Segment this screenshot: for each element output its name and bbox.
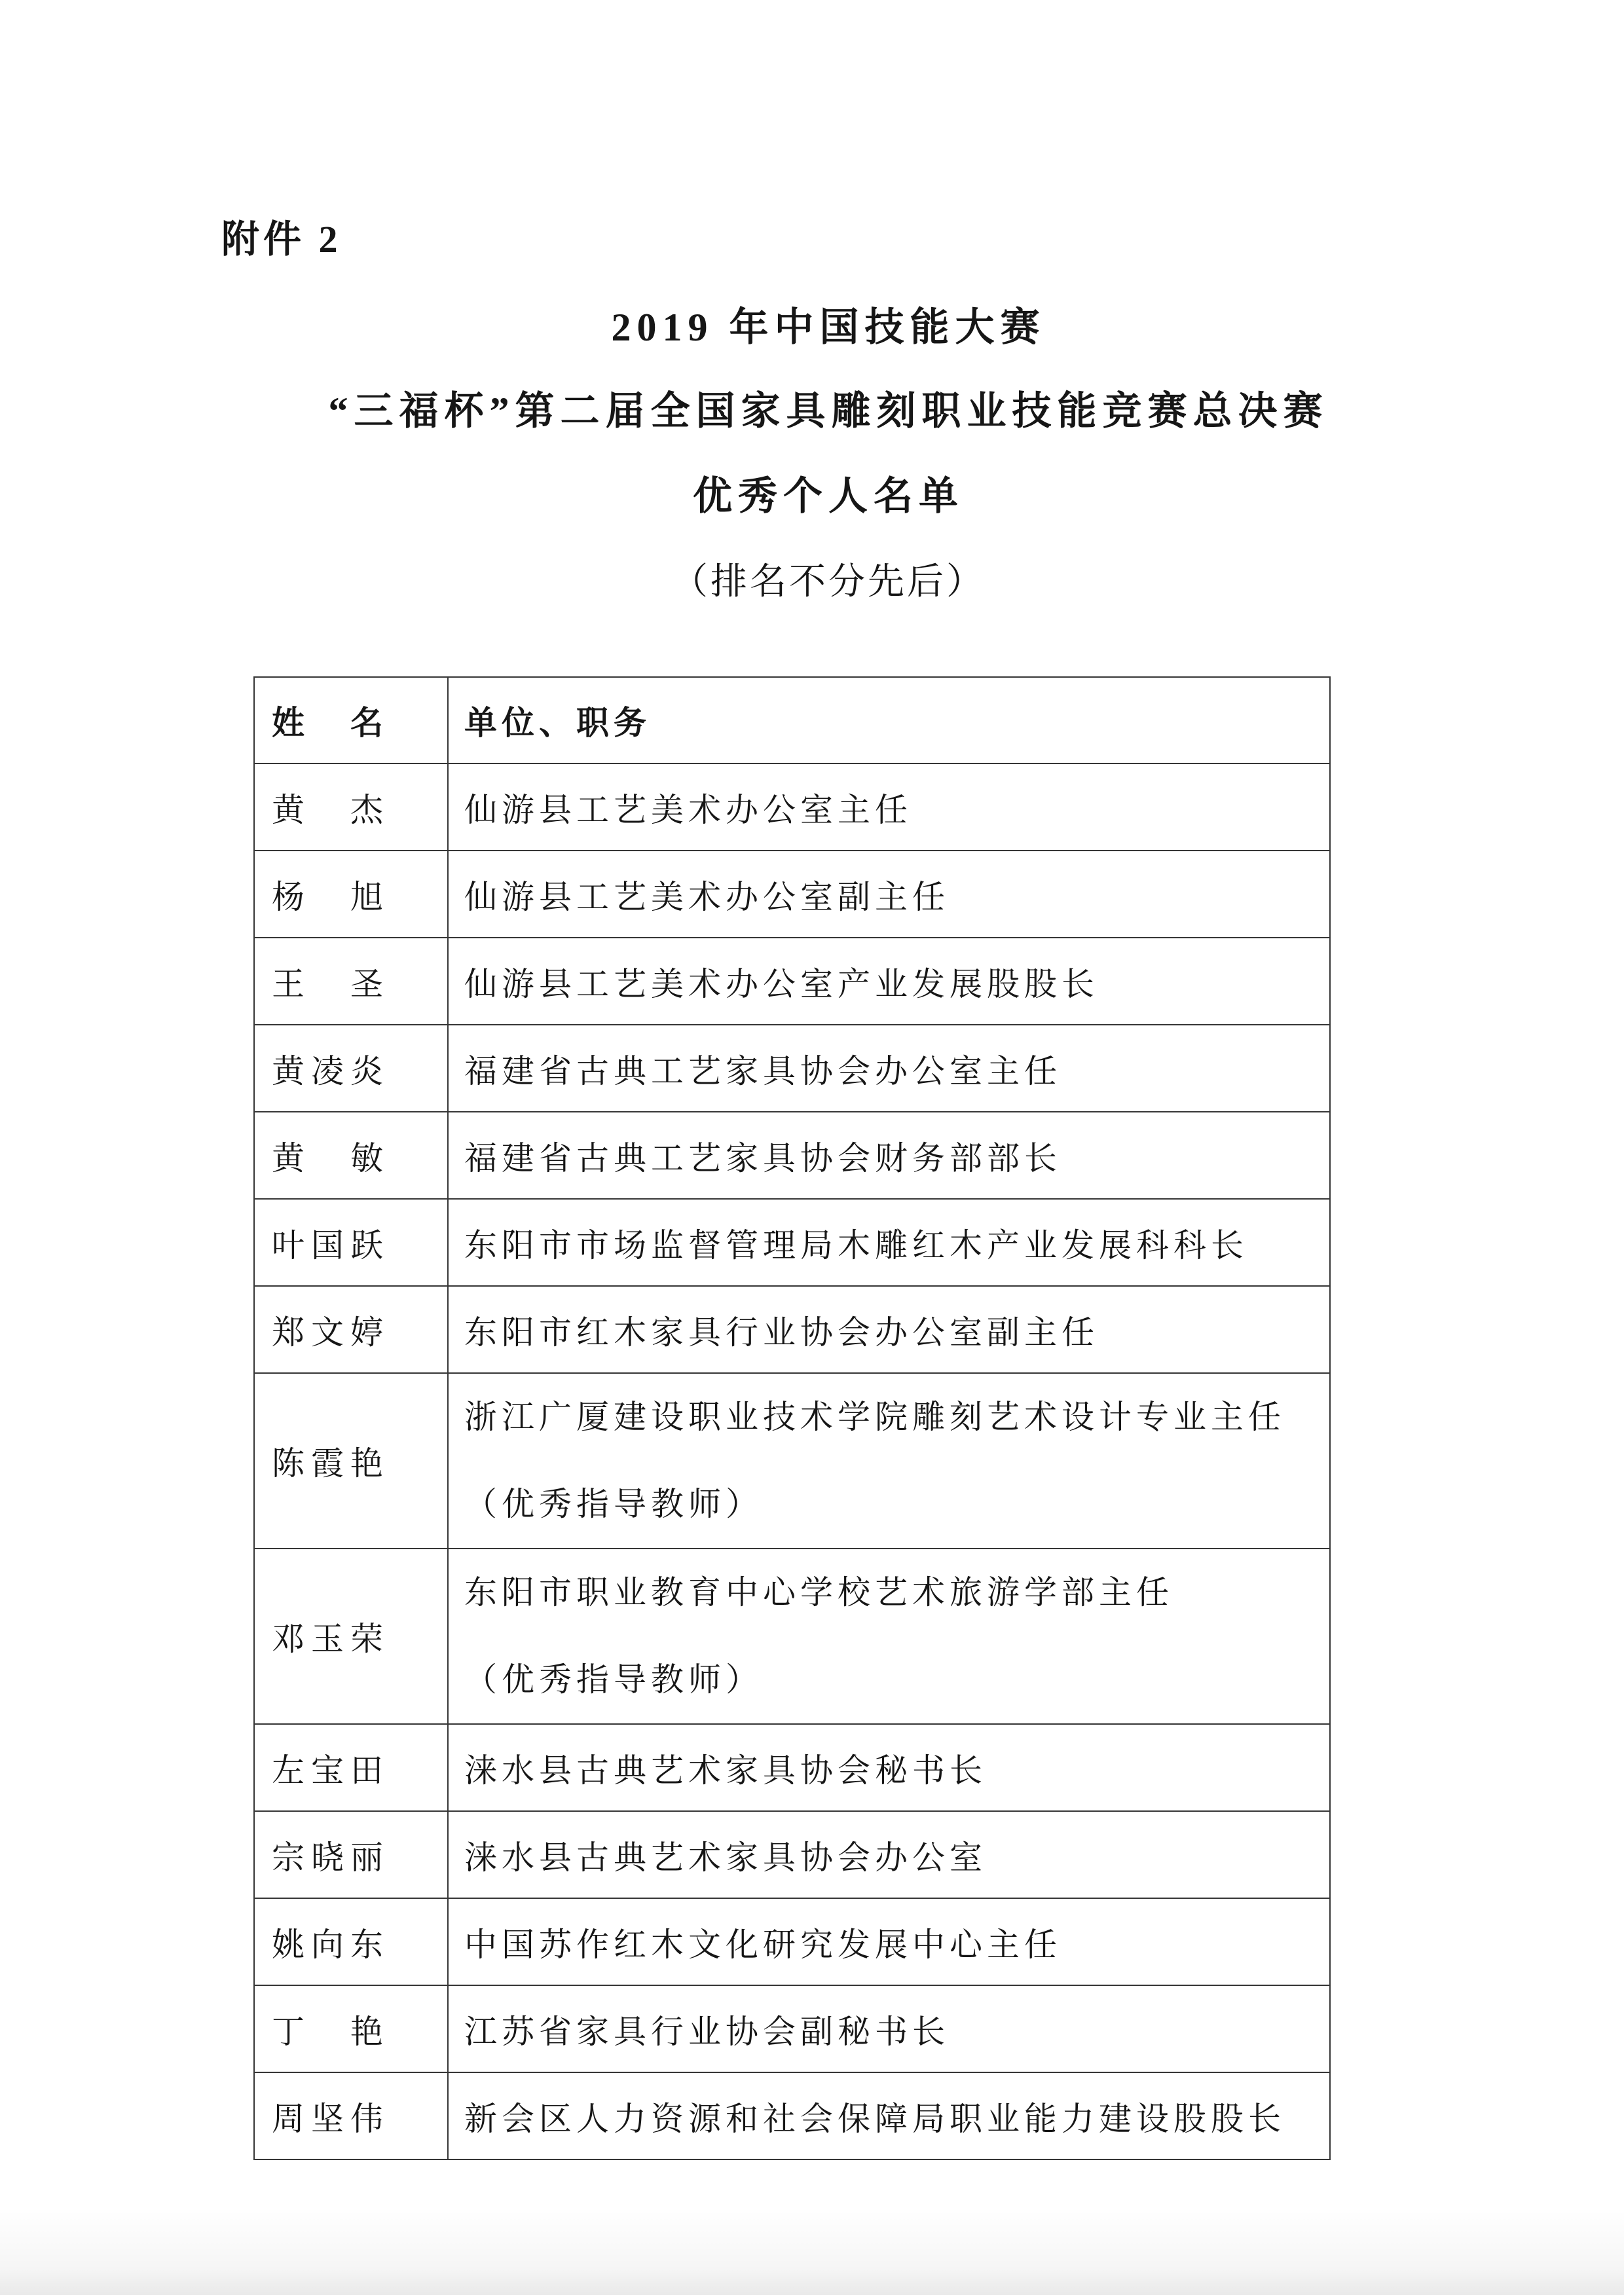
person-name: 郑文婷 [272, 1306, 383, 1353]
name-cell: 左宝田 [254, 1724, 448, 1811]
unit-line: （优秀指导教师） [464, 1461, 1329, 1548]
unit-cell: 浙江广厦建设职业技术学院雕刻艺术设计专业主任（优秀指导教师） [448, 1373, 1330, 1549]
attachment-label: 附件 2 [221, 208, 342, 263]
person-name: 陈霞艳 [272, 1437, 383, 1484]
header-unit-cell: 单位、职务 [448, 677, 1330, 763]
name-cell: 姚向东 [254, 1898, 448, 1985]
person-name: 邓玉荣 [272, 1613, 383, 1660]
name-cell: 周坚伟 [254, 2072, 448, 2159]
unit-cell: 福建省古典工艺家具协会办公室主任 [448, 1025, 1330, 1112]
unit-line: 浙江广厦建设职业技术学院雕刻艺术设计专业主任 [464, 1374, 1329, 1461]
unit-cell: 中国苏作红木文化研究发展中心主任 [448, 1898, 1330, 1985]
unit-cell: 涞水县古典艺术家具协会秘书长 [448, 1724, 1330, 1811]
unit-cell: 仙游县工艺美术办公室主任 [448, 763, 1330, 851]
unit-cell: 江苏省家具行业协会副秘书长 [448, 1985, 1330, 2072]
name-cell: 黄 杰 [254, 763, 448, 851]
unit-cell: 仙游县工艺美术办公室副主任 [448, 851, 1330, 938]
unit-cell: 新会区人力资源和社会保障局职业能力建设股股长 [448, 2072, 1330, 2159]
table-row: 郑文婷东阳市红木家具行业协会办公室副主任 [254, 1286, 1330, 1373]
table-row: 丁 艳江苏省家具行业协会副秘书长 [254, 1985, 1330, 2072]
unit-cell: 涞水县古典艺术家具协会办公室 [448, 1811, 1330, 1898]
table-row: 陈霞艳浙江广厦建设职业技术学院雕刻艺术设计专业主任（优秀指导教师） [254, 1373, 1330, 1549]
person-name: 王 圣 [272, 958, 383, 1005]
unit-cell: 东阳市红木家具行业协会办公室副主任 [448, 1286, 1330, 1373]
table-row: 姚向东中国苏作红木文化研究发展中心主任 [254, 1898, 1330, 1985]
roster-body: 黄 杰仙游县工艺美术办公室主任杨 旭仙游县工艺美术办公室副主任王 圣仙游县工艺美… [254, 763, 1330, 2159]
roster-table: 姓 名 单位、职务 黄 杰仙游县工艺美术办公室主任杨 旭仙游县工艺美术办公室副主… [253, 676, 1331, 2160]
name-cell: 叶国跃 [254, 1199, 448, 1286]
table-row: 左宝田涞水县古典艺术家具协会秘书长 [254, 1724, 1330, 1811]
name-cell: 郑文婷 [254, 1286, 448, 1373]
person-name: 左宝田 [272, 1744, 383, 1791]
table-row: 王 圣仙游县工艺美术办公室产业发展股股长 [254, 938, 1330, 1025]
unit-line: 东阳市职业教育中心学校艺术旅游学部主任 [464, 1549, 1329, 1636]
name-cell: 陈霞艳 [254, 1373, 448, 1549]
name-cell: 邓玉荣 [254, 1549, 448, 1724]
person-name: 杨 旭 [272, 871, 383, 918]
table-row: 黄 杰仙游县工艺美术办公室主任 [254, 763, 1330, 851]
person-name: 黄 敏 [272, 1132, 383, 1179]
table-row: 宗晓丽涞水县古典艺术家具协会办公室 [254, 1811, 1330, 1898]
name-cell: 杨 旭 [254, 851, 448, 938]
person-name: 叶国跃 [272, 1219, 383, 1266]
name-cell: 黄 敏 [254, 1112, 448, 1199]
unit-cell: 东阳市职业教育中心学校艺术旅游学部主任（优秀指导教师） [448, 1549, 1330, 1724]
table-row: 邓玉荣东阳市职业教育中心学校艺术旅游学部主任（优秀指导教师） [254, 1549, 1330, 1724]
document-page: 附件 2 2019 年中国技能大赛 “三福杯”第二届全国家具雕刻职业技能竞赛总决… [0, 0, 1624, 2295]
name-cell: 宗晓丽 [254, 1811, 448, 1898]
person-name: 黄凌炎 [272, 1045, 383, 1092]
person-name: 宗晓丽 [272, 1831, 383, 1879]
unit-cell: 东阳市市场监督管理局木雕红木产业发展科科长 [448, 1199, 1330, 1286]
person-name: 丁 艳 [272, 2006, 383, 2053]
table-row: 叶国跃东阳市市场监督管理局木雕红木产业发展科科长 [254, 1199, 1330, 1286]
table-header-row: 姓 名 单位、职务 [254, 677, 1330, 763]
scan-shadow [0, 2210, 1624, 2295]
person-name: 黄 杰 [272, 784, 383, 831]
unit-line: （优秀指导教师） [464, 1636, 1329, 1723]
name-cell: 丁 艳 [254, 1985, 448, 2072]
name-cell: 黄凌炎 [254, 1025, 448, 1112]
doc-title-line1: 2019 年中国技能大赛 [16, 296, 1624, 352]
doc-title-line2: “三福杯”第二届全国家具雕刻职业技能竞赛总决赛 [16, 380, 1624, 436]
header-name-cell: 姓 名 [254, 677, 448, 763]
table-row: 黄 敏福建省古典工艺家具协会财务部部长 [254, 1112, 1330, 1199]
table-row: 黄凌炎福建省古典工艺家具协会办公室主任 [254, 1025, 1330, 1112]
doc-subtitle: （排名不分先后） [16, 553, 1624, 605]
table-row: 杨 旭仙游县工艺美术办公室副主任 [254, 851, 1330, 938]
unit-cell: 仙游县工艺美术办公室产业发展股股长 [448, 938, 1330, 1025]
doc-title-line3: 优秀个人名单 [16, 465, 1624, 521]
unit-cell: 福建省古典工艺家具协会财务部部长 [448, 1112, 1330, 1199]
header-name-label: 姓 名 [272, 697, 383, 744]
table-row: 周坚伟新会区人力资源和社会保障局职业能力建设股股长 [254, 2072, 1330, 2159]
person-name: 姚向东 [272, 1919, 383, 1966]
name-cell: 王 圣 [254, 938, 448, 1025]
person-name: 周坚伟 [272, 2093, 383, 2140]
